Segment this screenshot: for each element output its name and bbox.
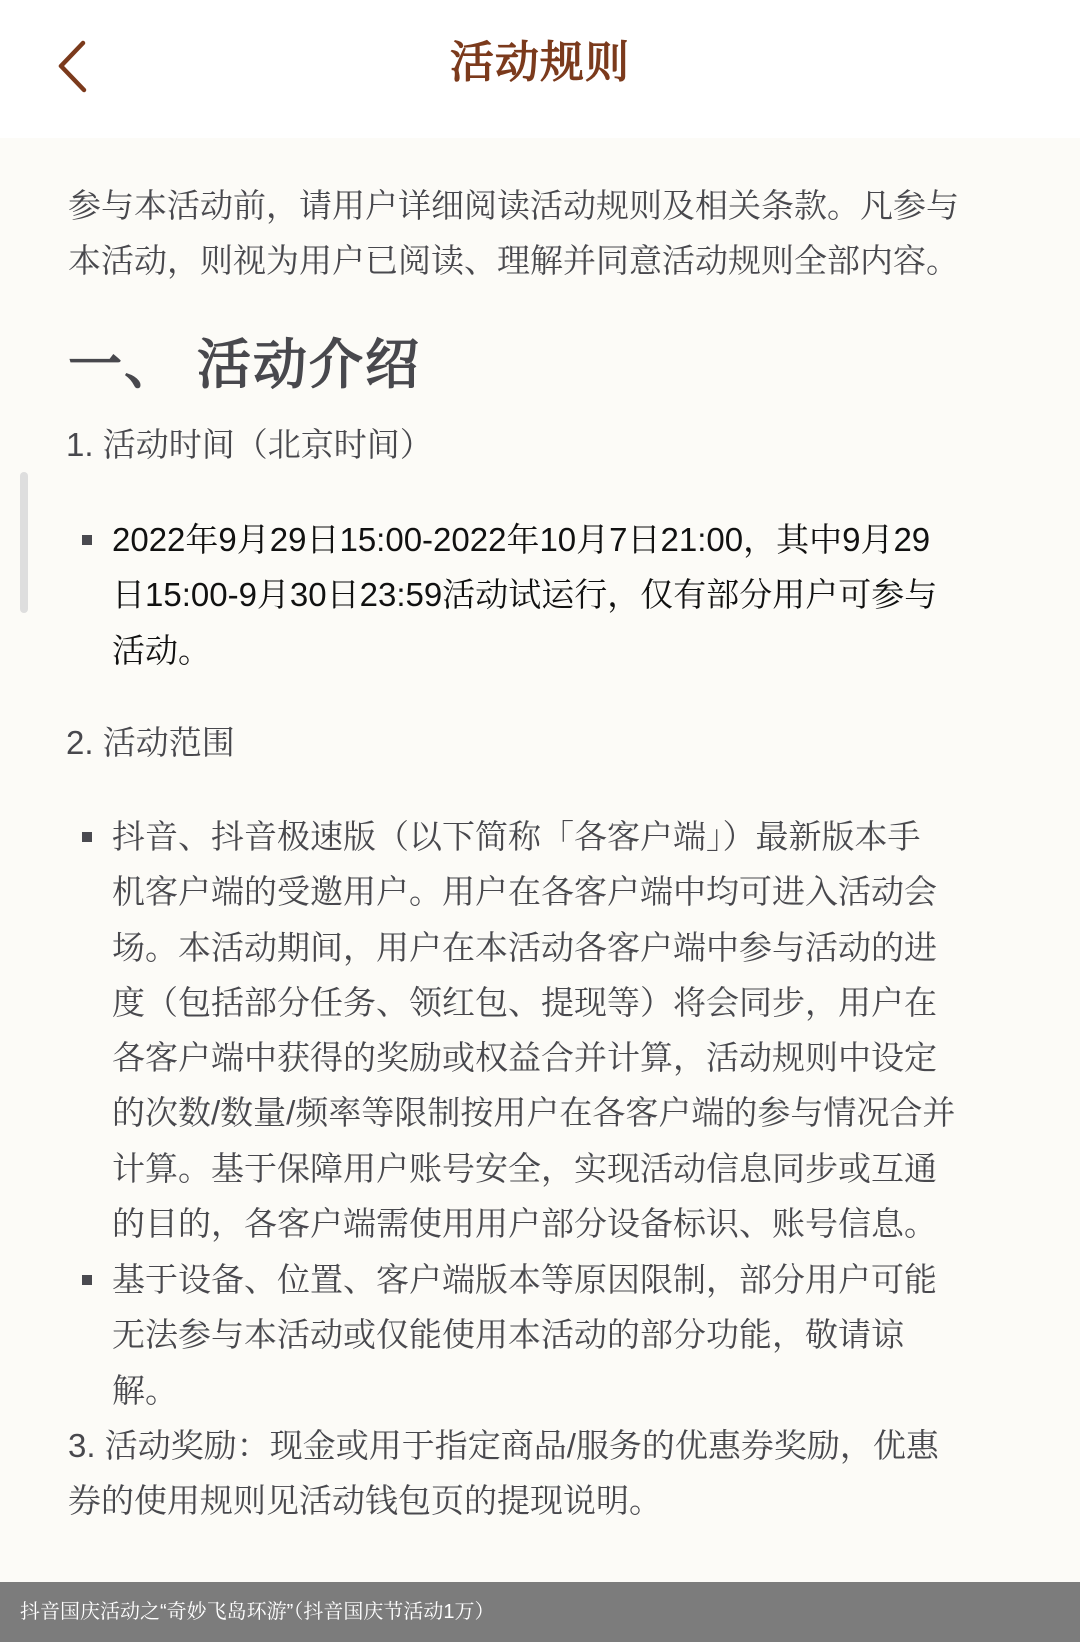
bullet-line: 场。本活动期间，用户在本活动各客户端中参与活动的进 [112, 920, 955, 975]
bullet-square-icon [82, 832, 92, 842]
bullet-line: 的目的，各客户端需使用用户部分设备标识、账号信息。 [112, 1196, 955, 1251]
intro-line: 本活动，则视为用户已阅读、理解并同意活动规则全部内容。 [68, 233, 959, 288]
bullet-square-icon [82, 1275, 92, 1285]
rewards-line: 3. 活动奖励：现金或用于指定商品/服务的优惠券奖励，优惠 [68, 1418, 939, 1473]
rewards-line: 券的使用规则见活动钱包页的提现说明。 [68, 1473, 939, 1528]
bullet-line: 基于设备、位置、客户端版本等原因限制，部分用户可能 [112, 1252, 937, 1307]
bullet-text: 基于设备、位置、客户端版本等原因限制，部分用户可能 无法参与本活动或仅能使用本活… [112, 1252, 937, 1418]
bullet-line: 度（包括部分任务、领红包、提现等）将会同步，用户在 [112, 975, 955, 1030]
intro-paragraph: 参与本活动前，请用户详细阅读活动规则及相关条款。凡参与 本活动，则视为用户已阅读… [68, 178, 959, 289]
bullet-text: 抖音、抖音极速版（以下简称「各客户端」）最新版本手 机客户端的受邀用户。用户在各… [112, 809, 955, 1251]
header-bar: 活动规则 [0, 0, 1080, 138]
bullet-line: 机客户端的受邀用户。用户在各客户端中均可进入活动会 [112, 864, 955, 919]
subsection-title-scope: 2. 活动范围 [66, 715, 235, 770]
intro-line: 参与本活动前，请用户详细阅读活动规则及相关条款。凡参与 [68, 178, 959, 233]
bullet-line: 日15:00-9月30日23:59活动试运行，仅有部分用户可参与 [112, 567, 937, 622]
caption-text: 抖音国庆活动之“奇妙飞岛环游”（抖音国庆节活动1万） [20, 1599, 494, 1625]
bullet-line: 活动。 [112, 623, 937, 678]
caption-bar: 抖音国庆活动之“奇妙飞岛环游”（抖音国庆节活动1万） [0, 1582, 1080, 1642]
bullet-square-icon [82, 535, 92, 545]
section-heading: 一、 活动介绍 [68, 330, 421, 400]
bullet-line: 抖音、抖音极速版（以下简称「各客户端」）最新版本手 [112, 809, 955, 864]
page-title: 活动规则 [0, 36, 1080, 90]
scrollbar-thumb[interactable] [20, 472, 28, 613]
subsection-title-time: 1. 活动时间（北京时间） [66, 417, 433, 472]
bullet-line: 的次数/数量/频率等限制按用户在各客户端的参与情况合并 [112, 1085, 955, 1140]
bullet-line: 计算。基于保障用户账号安全，实现活动信息同步或互通 [112, 1141, 955, 1196]
subsection-rewards: 3. 活动奖励：现金或用于指定商品/服务的优惠券奖励，优惠 券的使用规则见活动钱… [68, 1418, 939, 1529]
bullet-line: 无法参与本活动或仅能使用本活动的部分功能，敬请谅 [112, 1307, 937, 1362]
bullet-line: 2022年9月29日15:00-2022年10月7日21:00，其中9月29 [112, 512, 937, 567]
bullet-line: 解。 [112, 1363, 937, 1418]
bullet-text: 2022年9月29日15:00-2022年10月7日21:00，其中9月29 日… [112, 512, 937, 678]
bullet-line: 各客户端中获得的奖励或权益合并计算，活动规则中设定 [112, 1030, 955, 1085]
